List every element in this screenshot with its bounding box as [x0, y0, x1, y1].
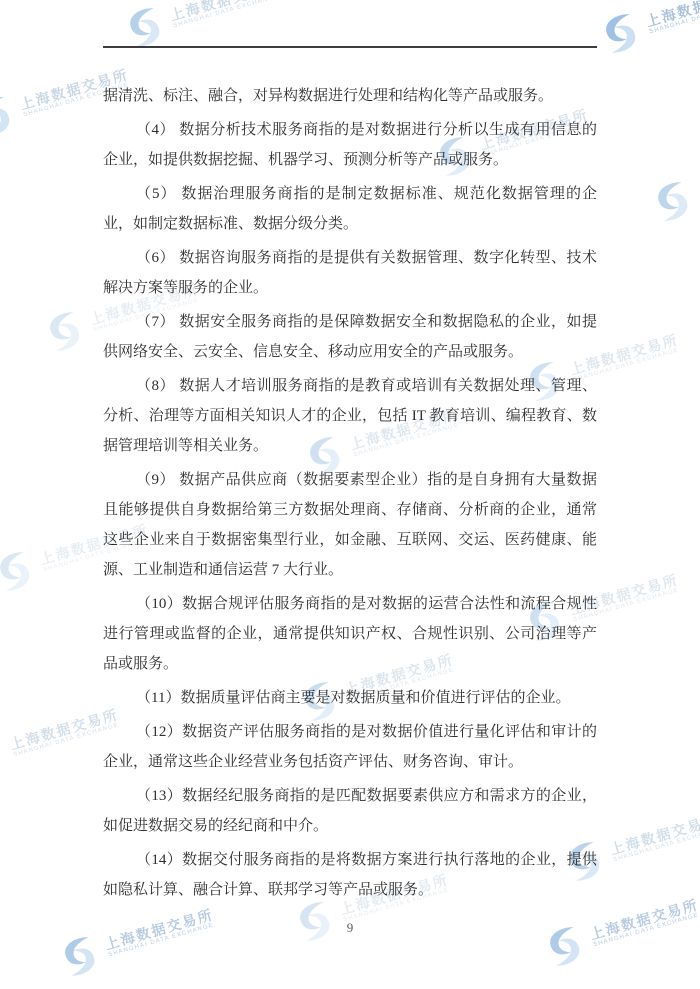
paragraph-item-9: （9） 数据产品供应商（数据要素型企业）指的是自身拥有大量数据且能够提供自身数据…: [103, 465, 597, 585]
sdx-logo-icon: [53, 929, 107, 983]
watermark-en-text: SHANGHAI DATA EXCHANGE: [173, 0, 282, 30]
sdx-logo-icon: [0, 89, 22, 143]
paragraph-item-10: （10）数据合规评估服务商指的是对数据的运营合法性和流程合规性进行管理或监督的企…: [103, 589, 597, 679]
paragraph-item-11: （11）数据质量评估商主要是对数据质量和价值进行评估的企业。: [103, 683, 597, 713]
paragraph-item-14: （14）数据交付服务商指的是将数据方案进行执行落地的企业，提供如隐私计算、融合计…: [103, 845, 597, 905]
watermark-en-text: SHANGHAI DATA EXCHANGE: [649, 0, 700, 36]
watermark-cn-text: 上海数据交易所: [609, 812, 700, 858]
watermark-cn-text: 上海数据交易所: [169, 0, 281, 24]
paragraph-item-7: （7） 数据安全服务商指的是保障数据安全和数据隐私的企业，如提供网络安全、云安全…: [103, 307, 597, 367]
paragraph-item-8: （8） 数据人才培训服务商指的是教育或培训有关数据处理、管理、分析、治理等方面相…: [103, 371, 597, 461]
paragraph-item-6: （6） 数据咨询服务商指的是提供有关数据管理、数字化转型、技术解决方案等服务的企…: [103, 243, 597, 303]
watermark: 上海数据交易所 SHANGHAI DATA EXCHANGE: [594, 0, 700, 61]
watermark-en-text: SHANGHAI DATA EXCHANGE: [613, 827, 700, 864]
sdx-logo-icon: [0, 544, 42, 598]
sdx-logo-icon: [38, 304, 92, 358]
watermark: 上海数据交易所 SHANGHAI DATA EXCHANGE: [646, 135, 700, 228]
paragraph-item-5: （5） 数据治理服务商指的是制定数据标准、规范化数据管理的企业，如制定数据标准、…: [103, 179, 597, 239]
document-page: 上海数据交易所 SHANGHAI DATA EXCHANGE 上海数据交易所 S…: [0, 0, 700, 989]
paragraph-continuation: 据清洗、标注、融合，对异构数据进行处理和结构化等产品或服务。: [103, 81, 597, 111]
sdx-logo-icon: [594, 6, 648, 60]
watermark-cn-text: 上海数据交易所: [645, 0, 700, 30]
paragraph-item-12: （12）数据资产评估服务商指的是对数据价值进行量化评估和审计的企业，通常这些企业…: [103, 717, 597, 777]
paragraph-item-13: （13）数据经纪服务商指的是匹配数据要素供应方和需求方的企业，如促进数据交易的经…: [103, 781, 597, 841]
sdx-logo-icon: [0, 729, 12, 783]
sdx-logo-icon: [646, 174, 700, 228]
document-body: 据清洗、标注、融合，对异构数据进行处理和结构化等产品或服务。 （4） 数据分析技…: [103, 81, 597, 909]
paragraph-item-4: （4） 数据分析技术服务商指的是对数据进行分析以生成有用信息的企业，如提供数据挖…: [103, 115, 597, 175]
watermark-cn-text: 上海数据交易所: [697, 152, 700, 198]
header-rule: [103, 46, 597, 48]
page-number: 9: [0, 920, 700, 936]
